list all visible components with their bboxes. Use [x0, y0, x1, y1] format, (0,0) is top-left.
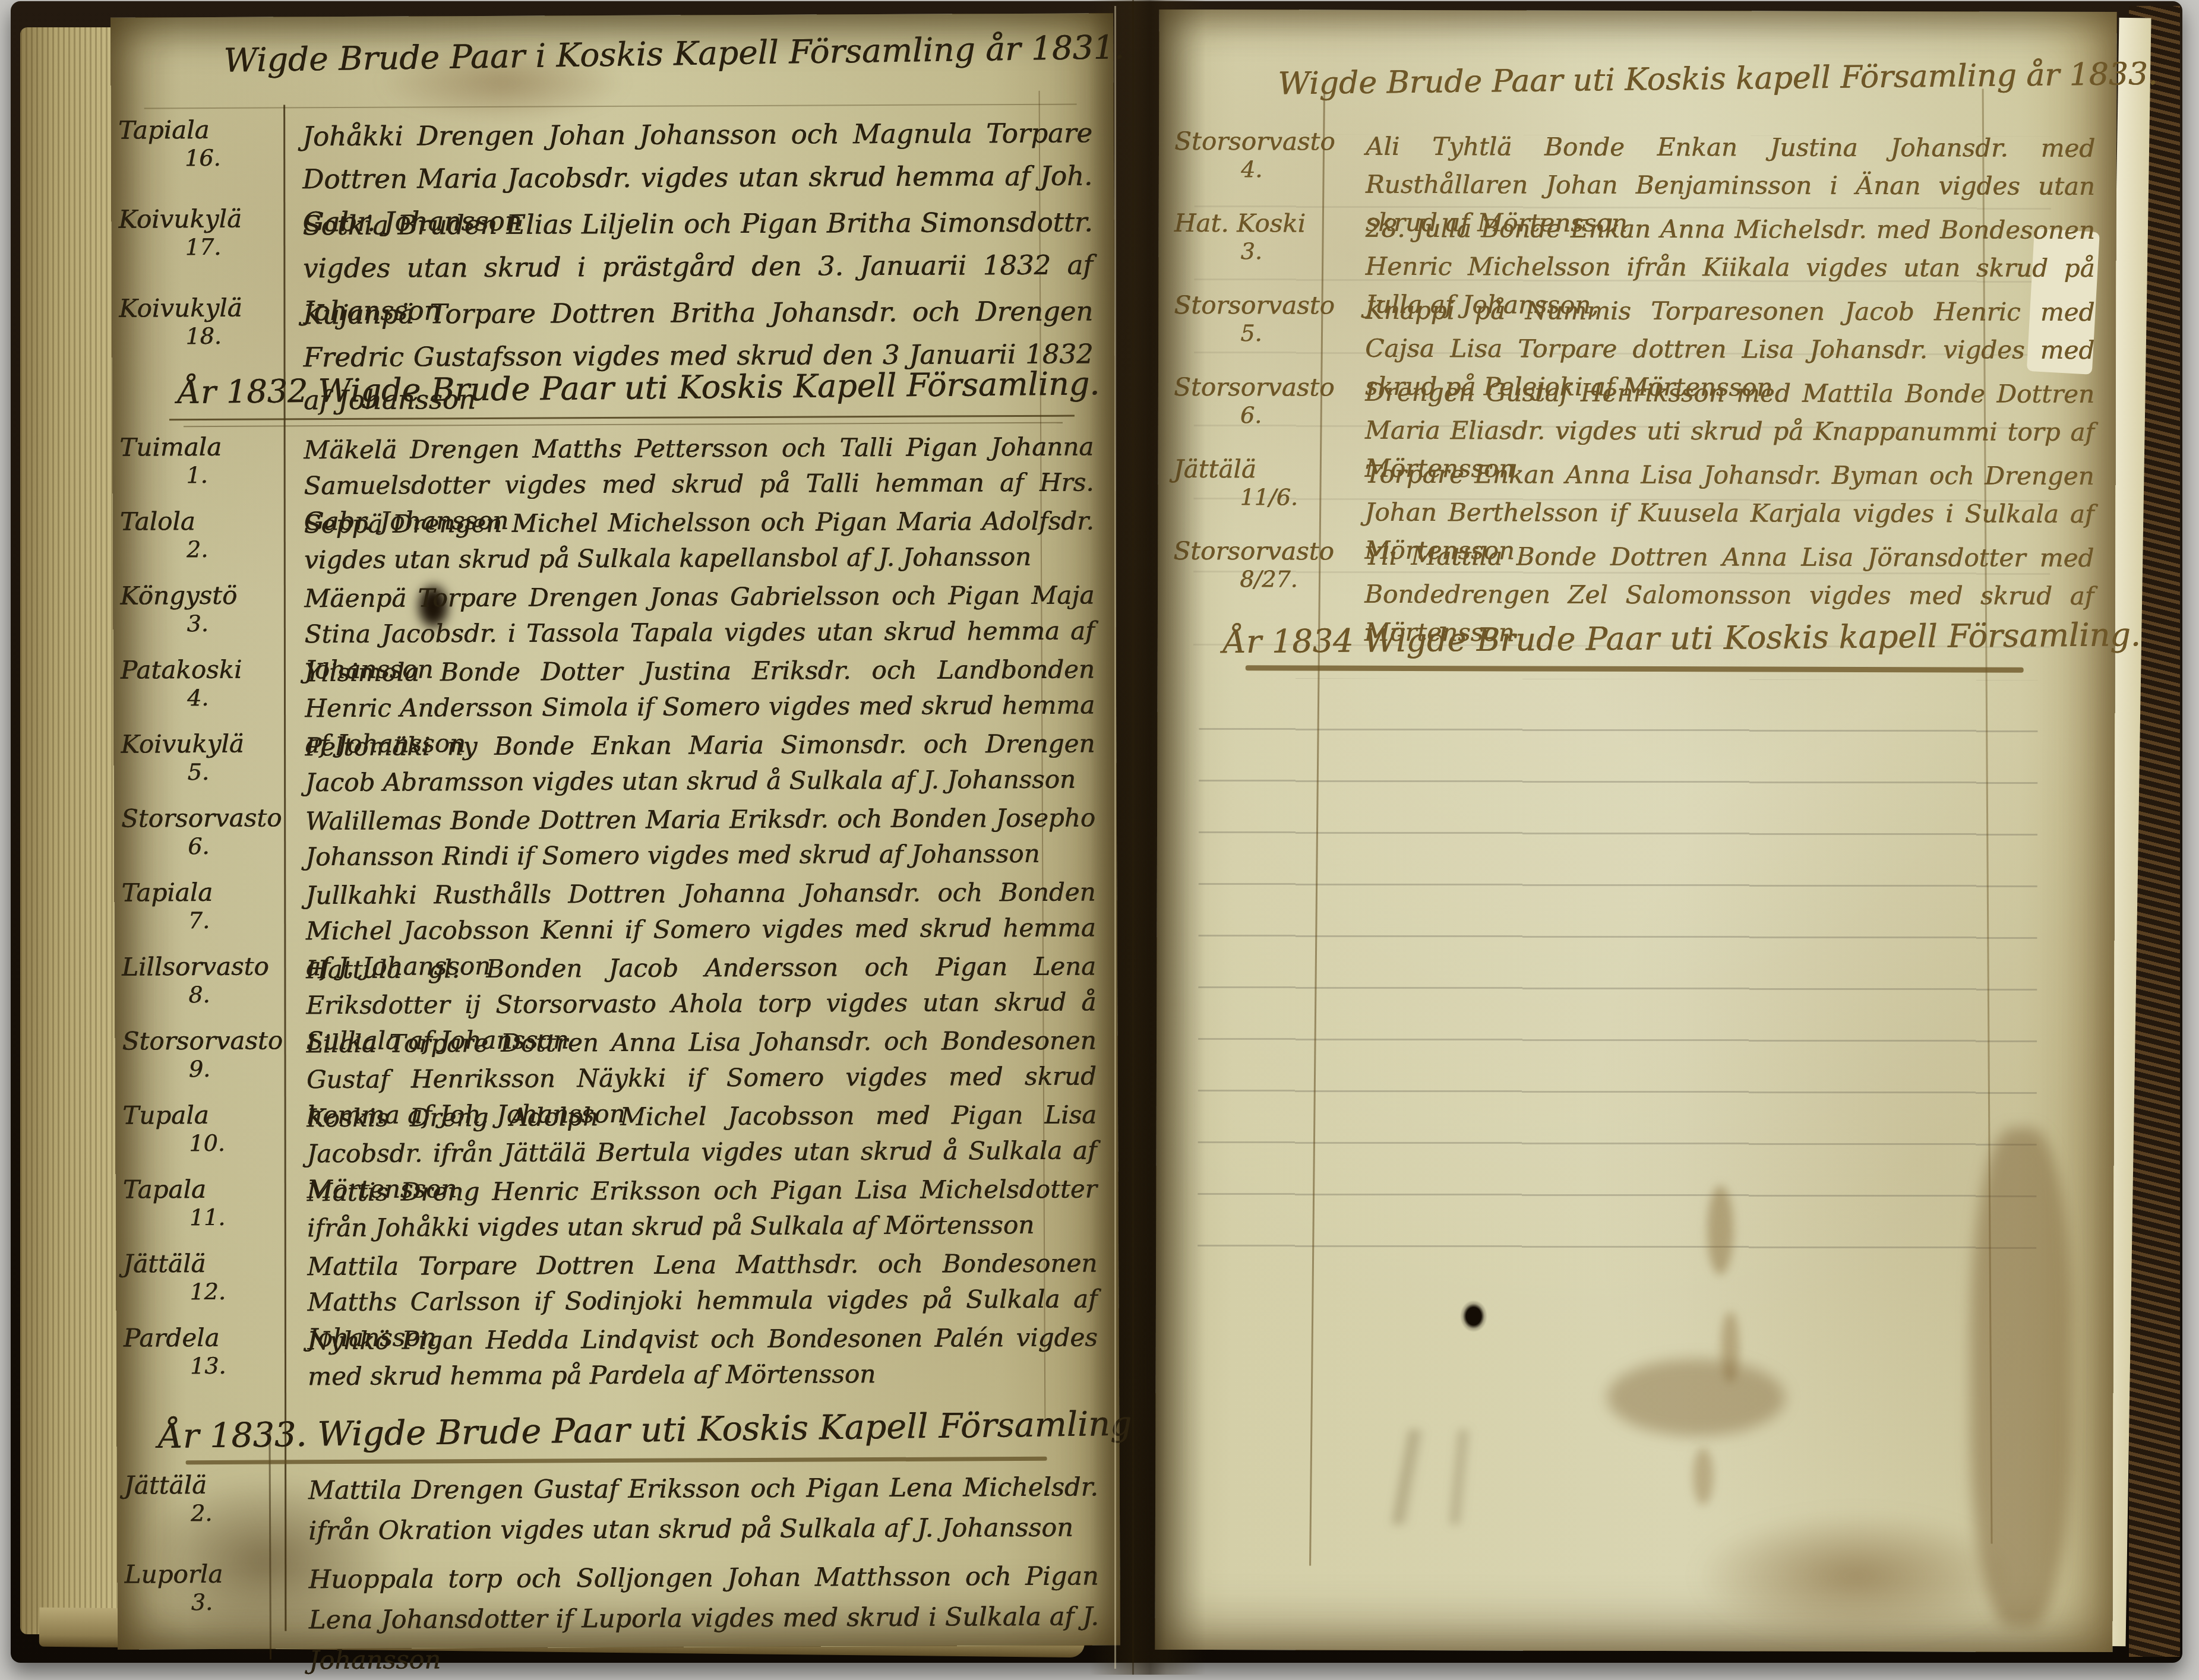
section-1831: Tapiala 16. Johåkki Drengen Johan Johans… [111, 112, 1115, 383]
book-gutter-shadow [1089, 0, 1206, 1675]
entry-place: Lillsorvasto [122, 952, 293, 981]
entry-place: Koivukylä [121, 729, 292, 758]
header-underline [184, 422, 1063, 427]
section-1833-right: Storsorvasto 4. Ali Tyhtlä Bonde Enkan J… [1158, 127, 2116, 621]
register-entry: Storsorvasto 9. Lilala Torpare Dottren A… [115, 1023, 1118, 1101]
ink-bleed-ghost [1298, 1429, 1553, 1525]
register-entry: Jättälä 2. Mattila Drengen Gustaf Erikss… [117, 1467, 1120, 1560]
entry-number: 8. [122, 980, 293, 1008]
register-entry: Storsorvasto 4. Ali Tyhtlä Bonde Enkan J… [1159, 127, 2116, 211]
entry-place: Luporla [124, 1559, 295, 1589]
register-entry: Köngystö 3. Mäenpä Torpare Drengen Jonas… [113, 577, 1116, 656]
page-title-1833: Wigde Brude Paar uti Koskis kapell Försa… [1278, 58, 2050, 102]
entry-place: Tupala [122, 1100, 293, 1130]
entry-number: 16. [118, 144, 289, 172]
stain [1607, 1359, 1785, 1437]
entry-number: 2. [124, 1499, 295, 1527]
water-stain [1654, 1495, 2058, 1657]
left-page: Wigde Brude Paar i Koskis Kapell Församl… [110, 13, 1120, 1649]
header-underline [1246, 665, 2024, 672]
entry-place: Talola [120, 507, 291, 536]
entry-text: Mattis Dreng Henric Eriksson och Pigan L… [294, 1171, 1119, 1246]
entry-number: 10. [122, 1129, 293, 1157]
register-entry: Talola 2. Seppä Drengen Michel Michelsso… [113, 503, 1116, 581]
entry-number: 3. [125, 1588, 296, 1616]
entry-number: 2. [120, 535, 291, 563]
entry-place: Patakoski [121, 655, 292, 684]
stain [1693, 1448, 1713, 1505]
register-entry: Storsorvasto 8/27. Yli Mattila Bonde Dot… [1158, 537, 2115, 621]
entry-place: Jättälä [123, 1249, 294, 1278]
register-photo: Wigde Brude Paar i Koskis Kapell Församl… [0, 0, 2199, 1680]
entry-place: Köngystö [120, 581, 291, 610]
register-entry: Tuimala 1. Mäkelä Drengen Matths Petters… [112, 429, 1116, 507]
entry-place: Tuimala [119, 432, 290, 461]
register-entry: Tapala 11. Mattis Dreng Henric Eriksson … [116, 1171, 1119, 1249]
section-1832: Tuimala 1. Mäkelä Drengen Matths Petters… [112, 429, 1119, 1398]
register-entry: Jättälä 12. Mattila Torpare Dottren Lena… [116, 1245, 1119, 1324]
register-entry: Storsorvasto 6. Drengen Gustaf Henriksso… [1158, 373, 2116, 457]
entry-place: Koivukylä [118, 204, 289, 233]
header-underline [186, 1457, 1047, 1464]
gutter-page-edge [1132, 0, 1134, 1675]
entry-place: Storsorvasto [121, 803, 292, 833]
entry-number: 3. [120, 609, 291, 637]
stain [1721, 1311, 1739, 1382]
right-page: Wigde Brude Paar uti Koskis kapell Försa… [1155, 10, 2116, 1652]
entry-text: Walillemas Bonde Dottren Maria Eriksdr. … [292, 800, 1117, 875]
entry-text: Peltomäki ny Bonde Enkan Maria Simonsdr.… [292, 726, 1117, 801]
entry-place: Pardela [124, 1323, 295, 1352]
page-edges-left [20, 27, 120, 1634]
entry-number: 12. [123, 1277, 294, 1305]
register-entry: Hat. Koski 3. 28. Julla Bonde Enkan Anna… [1158, 209, 2116, 293]
entry-place: Jättälä [124, 1470, 295, 1499]
entry-number: 6. [121, 832, 292, 860]
entry-text: Huoppala torp och Solljongen Johan Matth… [295, 1556, 1120, 1680]
section-header-1833: År 1833. Wigde Brude Paar uti Koskis Kap… [158, 1405, 1073, 1456]
entry-number: 9. [122, 1055, 293, 1083]
entry-text: Nyhkö Pigan Hedda Lindqvist och Bondeson… [295, 1320, 1120, 1394]
register-entry: Jättälä 11/6. Torpare Enkan Anna Lisa Jo… [1158, 455, 2115, 539]
entry-place: Tapiala [121, 878, 292, 907]
section-1833-left: Jättälä 2. Mattila Drengen Gustaf Erikss… [117, 1467, 1120, 1649]
entry-place: Tapiala [118, 115, 289, 144]
entry-text: Mattila Drengen Gustaf Eriksson och Piga… [295, 1467, 1120, 1551]
entry-number: 1. [119, 461, 290, 489]
entry-number: 13. [124, 1352, 295, 1380]
entry-number: 17. [119, 233, 290, 261]
entry-number: 5. [121, 758, 292, 786]
entry-number: 11. [123, 1203, 294, 1231]
gutter-page-edge [1114, 6, 1116, 1669]
entry-place: Tapala [123, 1175, 294, 1204]
register-entry: Tapiala 16. Johåkki Drengen Johan Johans… [111, 112, 1114, 205]
entry-number: 7. [122, 906, 293, 934]
register-entry: Koivukylä 17. Sotkia Bruden Elias Liljel… [111, 201, 1114, 294]
entry-number: 18. [119, 322, 290, 350]
ink-blot [1460, 1300, 1487, 1332]
register-entry: Patakoski 4. Ylisimola Bonde Dotter Just… [113, 651, 1117, 730]
entry-place: Storsorvasto [122, 1026, 293, 1055]
register-entry: Pardela 13. Nyhkö Pigan Hedda Lindqvist … [116, 1320, 1120, 1398]
ruled-lines [1198, 678, 2038, 1268]
register-entry: Tupala 10. Koskis Dreng Adolph Michel Ja… [115, 1097, 1119, 1175]
section-header-1834: År 1834 Wigde Brude Paar uti Koskis kape… [1223, 617, 2031, 661]
page-title-1831: Wigde Brude Paar i Koskis Kapell Församl… [223, 30, 996, 79]
entry-place: Koivukylä [119, 293, 290, 322]
register-entry: Storsorvasto 5. Knappi på Nummis Torpare… [1158, 291, 2116, 375]
register-entry: Koivukylä 5. Peltomäki ny Bonde Enkan Ma… [113, 726, 1117, 804]
entry-text: Seppä Drengen Michel Michelsson och Piga… [291, 503, 1116, 578]
register-entry: Storsorvasto 6. Walillemas Bonde Dottren… [114, 800, 1117, 878]
register-entry: Tapiala 7. Jullkahki Rusthålls Dottren J… [114, 874, 1117, 953]
register-entry: Luporla 3. Huoppala torp och Solljongen … [117, 1556, 1120, 1649]
register-entry: Lillsorvasto 8. Hattula gl. Bonden Jacob… [115, 948, 1118, 1027]
entry-number: 4. [121, 684, 292, 711]
